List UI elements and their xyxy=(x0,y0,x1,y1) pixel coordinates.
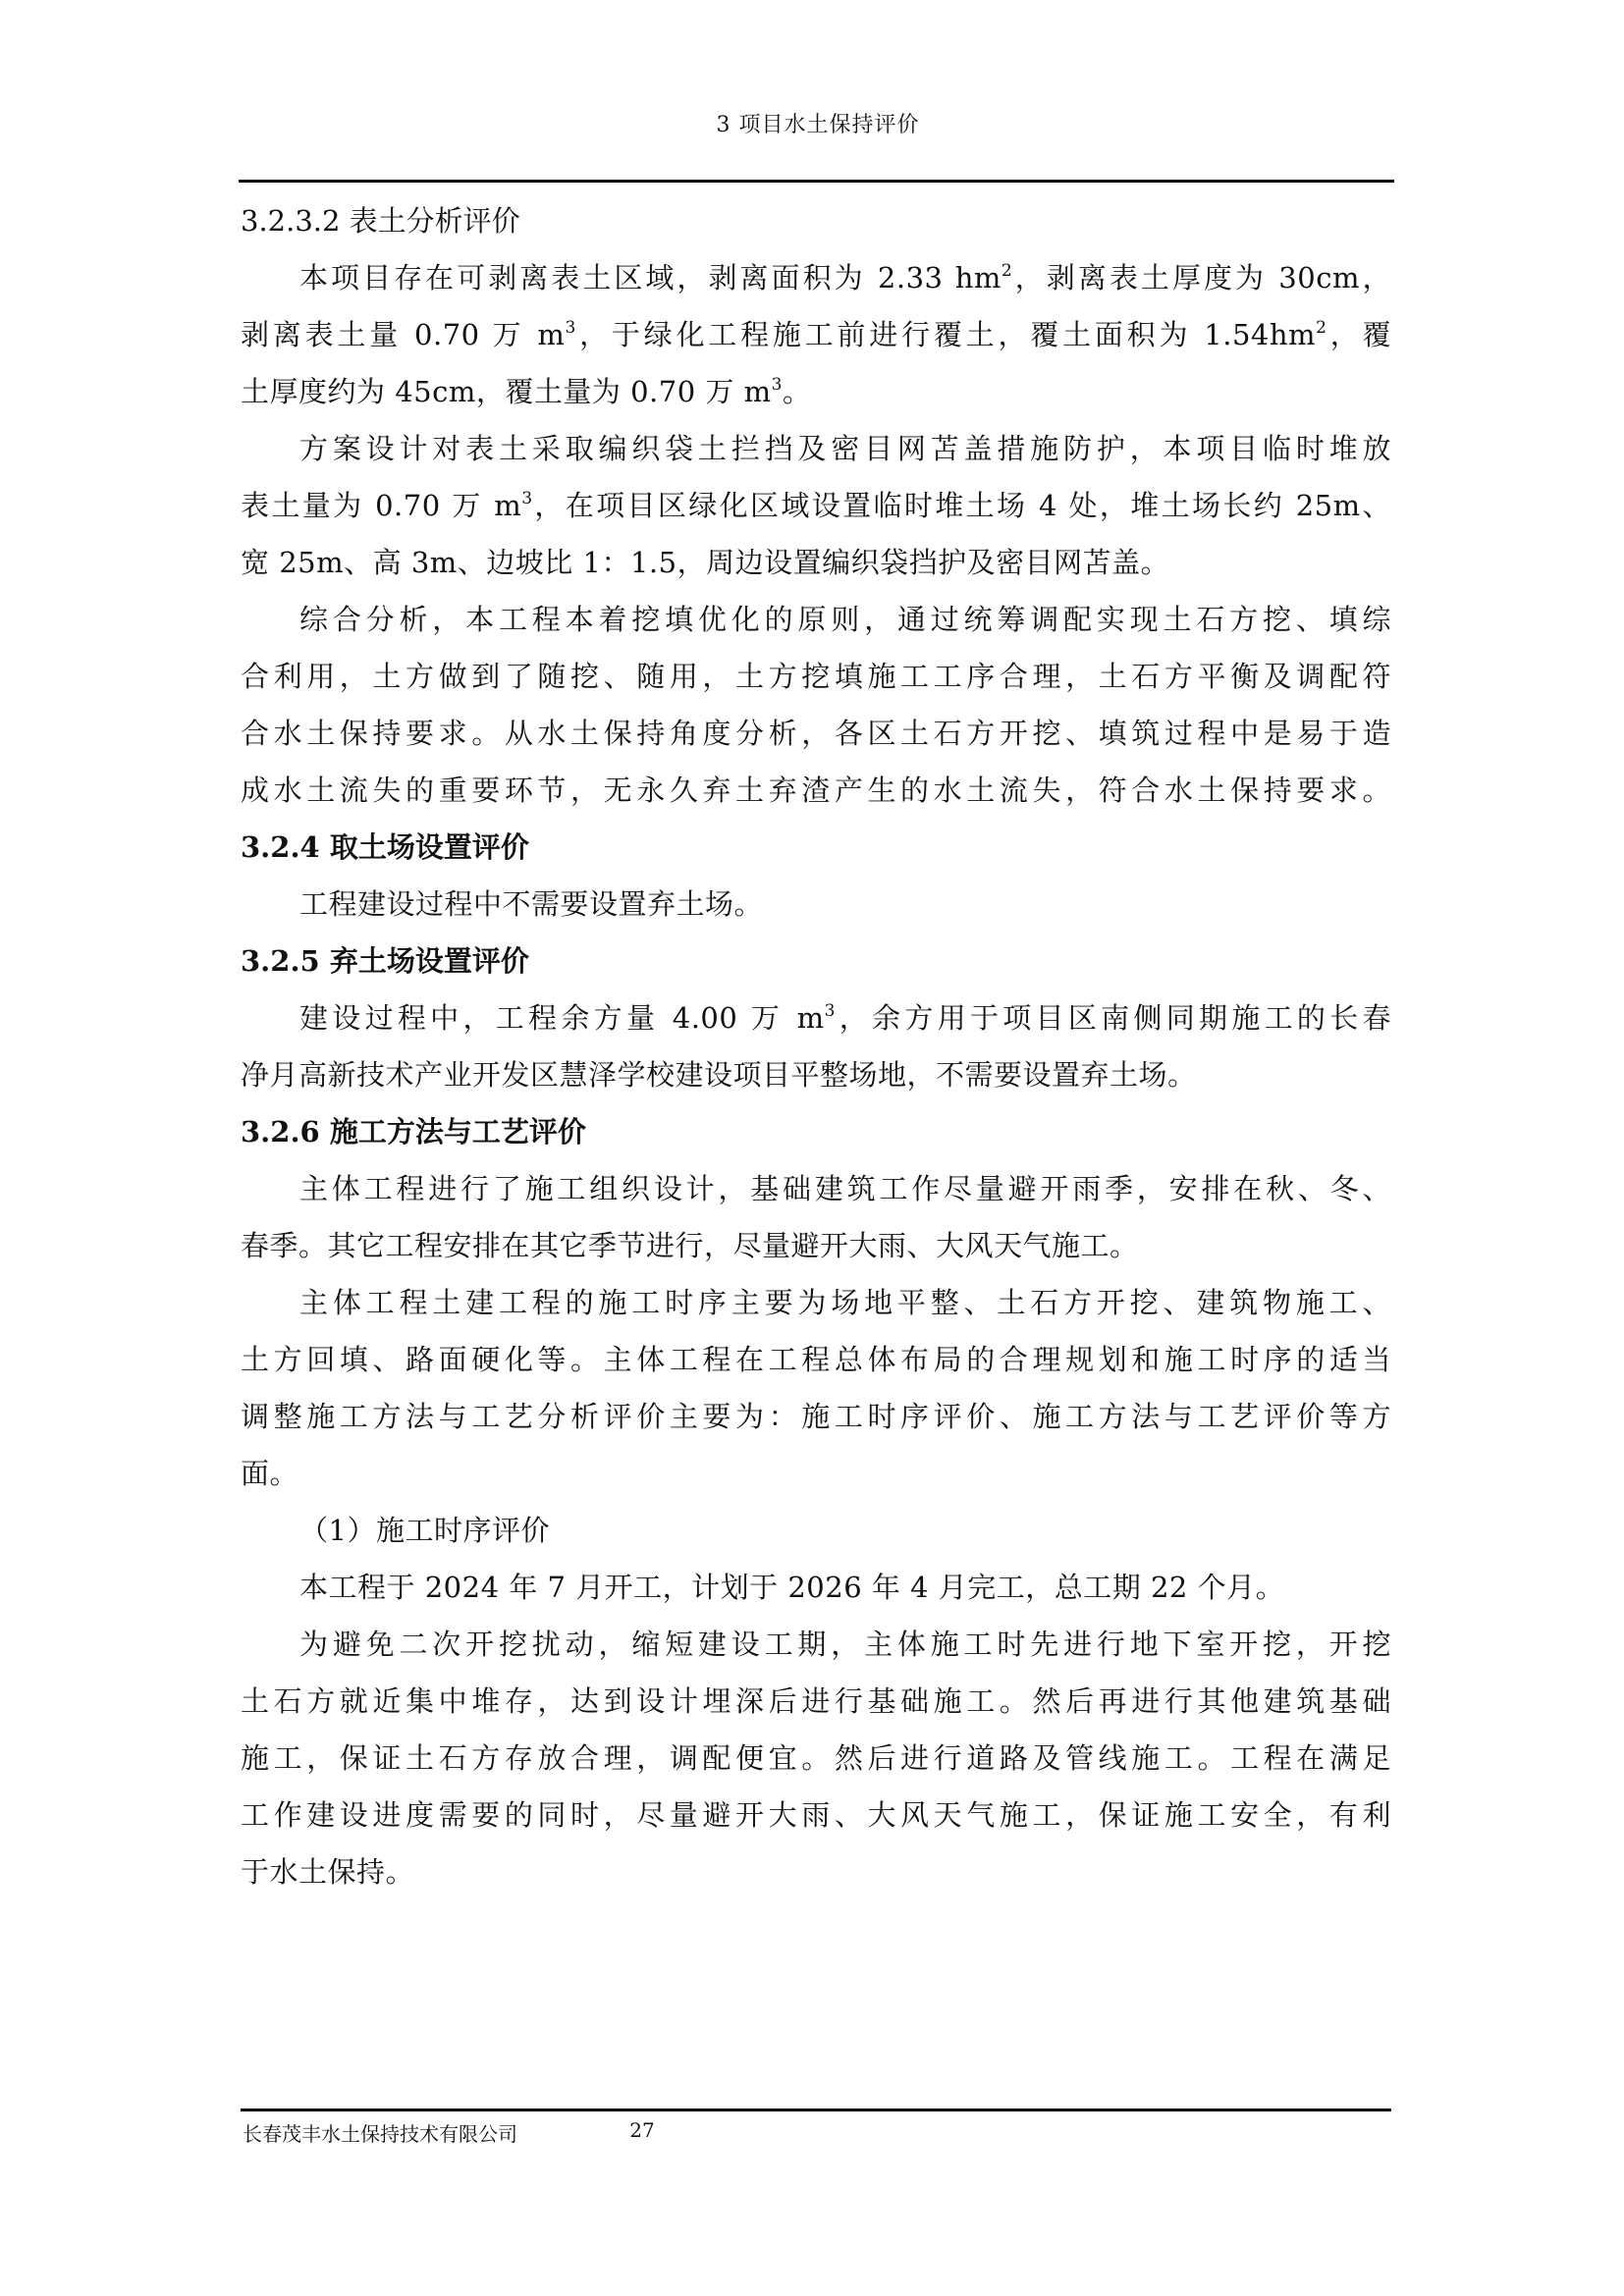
footer-company-name: 长春茂丰水土保持技术有限公司 xyxy=(243,2118,517,2147)
paragraph-line: 剥离表土量 0.70 万 m3，于绿化工程施工前进行覆土，覆土面积为 1.54h… xyxy=(241,306,1391,363)
paragraph-line: 土石方就近集中堆存，达到设计埋深后进行基础施工。然后再进行其他建筑基础 xyxy=(241,1673,1391,1730)
paragraph-line: 合利用，土方做到了随挖、随用，土方挖填施工工序合理，土石方平衡及调配符 xyxy=(241,648,1391,705)
paragraph-line: 为避免二次开挖扰动，缩短建设工期，主体施工时先进行地下室开挖，开挖 xyxy=(241,1616,1391,1673)
paragraph-line: 表土量为 0.70 万 m3，在项目区绿化区域设置临时堆土场 4 处，堆土场长约… xyxy=(241,477,1391,534)
heading-3-2-4: 3.2.4 取土场设置评价 xyxy=(241,819,1391,876)
heading-3-2-3-2: 3.2.3.2 表土分析评价 xyxy=(241,192,1391,249)
paragraph-line: 调整施工方法与工艺分析评价主要为：施工时序评价、施工方法与工艺评价等方 xyxy=(241,1388,1391,1445)
paragraph-line: 建设过程中，工程余方量 4.00 万 m3，余方用于项目区南侧同期施工的长春 xyxy=(241,989,1391,1046)
paragraph-line: 本工程于 2024 年 7 月开工，计划于 2026 年 4 月完工，总工期 2… xyxy=(241,1559,1391,1616)
paragraph-line: 宽 25m、高 3m、边坡比 1：1.5，周边设置编织袋挡护及密目网苫盖。 xyxy=(241,534,1391,591)
paragraph-line: 合水土保持要求。从水土保持角度分析，各区土石方开挖、填筑过程中是易于造 xyxy=(241,705,1391,762)
paragraph-line: 面。 xyxy=(241,1445,1391,1502)
footer-divider xyxy=(241,2109,1391,2111)
heading-3-2-6: 3.2.6 施工方法与工艺评价 xyxy=(241,1103,1391,1160)
paragraph-line: 工作建设进度需要的同时，尽量避开大雨、大风天气施工，保证施工安全，有利 xyxy=(241,1787,1391,1843)
header-divider xyxy=(239,180,1394,183)
heading-3-2-5: 3.2.5 弃土场设置评价 xyxy=(241,933,1391,989)
paragraph-line: 方案设计对表土采取编织袋土拦挡及密目网苫盖措施防护，本项目临时堆放 xyxy=(241,420,1391,477)
paragraph-line: 净月高新技术产业开发区慧泽学校建设项目平整场地，不需要设置弃土场。 xyxy=(241,1046,1391,1103)
page-body: 3.2.3.2 表土分析评价 本项目存在可剥离表土区域，剥离面积为 2.33 h… xyxy=(241,192,1391,1900)
page-number: 27 xyxy=(495,2118,789,2142)
paragraph-line: 综合分析，本工程本着挖填优化的原则，通过统筹调配实现土石方挖、填综 xyxy=(241,591,1391,648)
paragraph-line: 主体工程土建工程的施工时序主要为场地平整、土石方开挖、建筑物施工、 xyxy=(241,1274,1391,1331)
paragraph-line: 主体工程进行了施工组织设计，基础建筑工作尽量避开雨季，安排在秋、冬、 xyxy=(241,1160,1391,1217)
paragraph-line: 本项目存在可剥离表土区域，剥离面积为 2.33 hm2，剥离表土厚度为 30cm… xyxy=(241,249,1391,306)
subheading-construction-sequence: （1）施工时序评价 xyxy=(241,1502,1391,1559)
paragraph-line: 于水土保持。 xyxy=(241,1843,1391,1900)
paragraph-line: 春季。其它工程安排在其它季节进行，尽量避开大雨、大风天气施工。 xyxy=(241,1217,1391,1274)
paragraph-line: 成水土流失的重要环节，无永久弃土弃渣产生的水土流失，符合水土保持要求。 xyxy=(241,762,1391,819)
paragraph-line: 土厚度约为 45cm，覆土量为 0.70 万 m3。 xyxy=(241,363,1391,420)
paragraph-line: 施工，保证土石方存放合理，调配便宜。然后进行道路及管线施工。工程在满足 xyxy=(241,1730,1391,1787)
paragraph-line: 土方回填、路面硬化等。主体工程在工程总体布局的合理规划和施工时序的适当 xyxy=(241,1331,1391,1388)
running-header: 3 项目水土保持评价 xyxy=(244,108,1392,138)
paragraph-line: 工程建设过程中不需要设置弃土场。 xyxy=(241,876,1391,933)
